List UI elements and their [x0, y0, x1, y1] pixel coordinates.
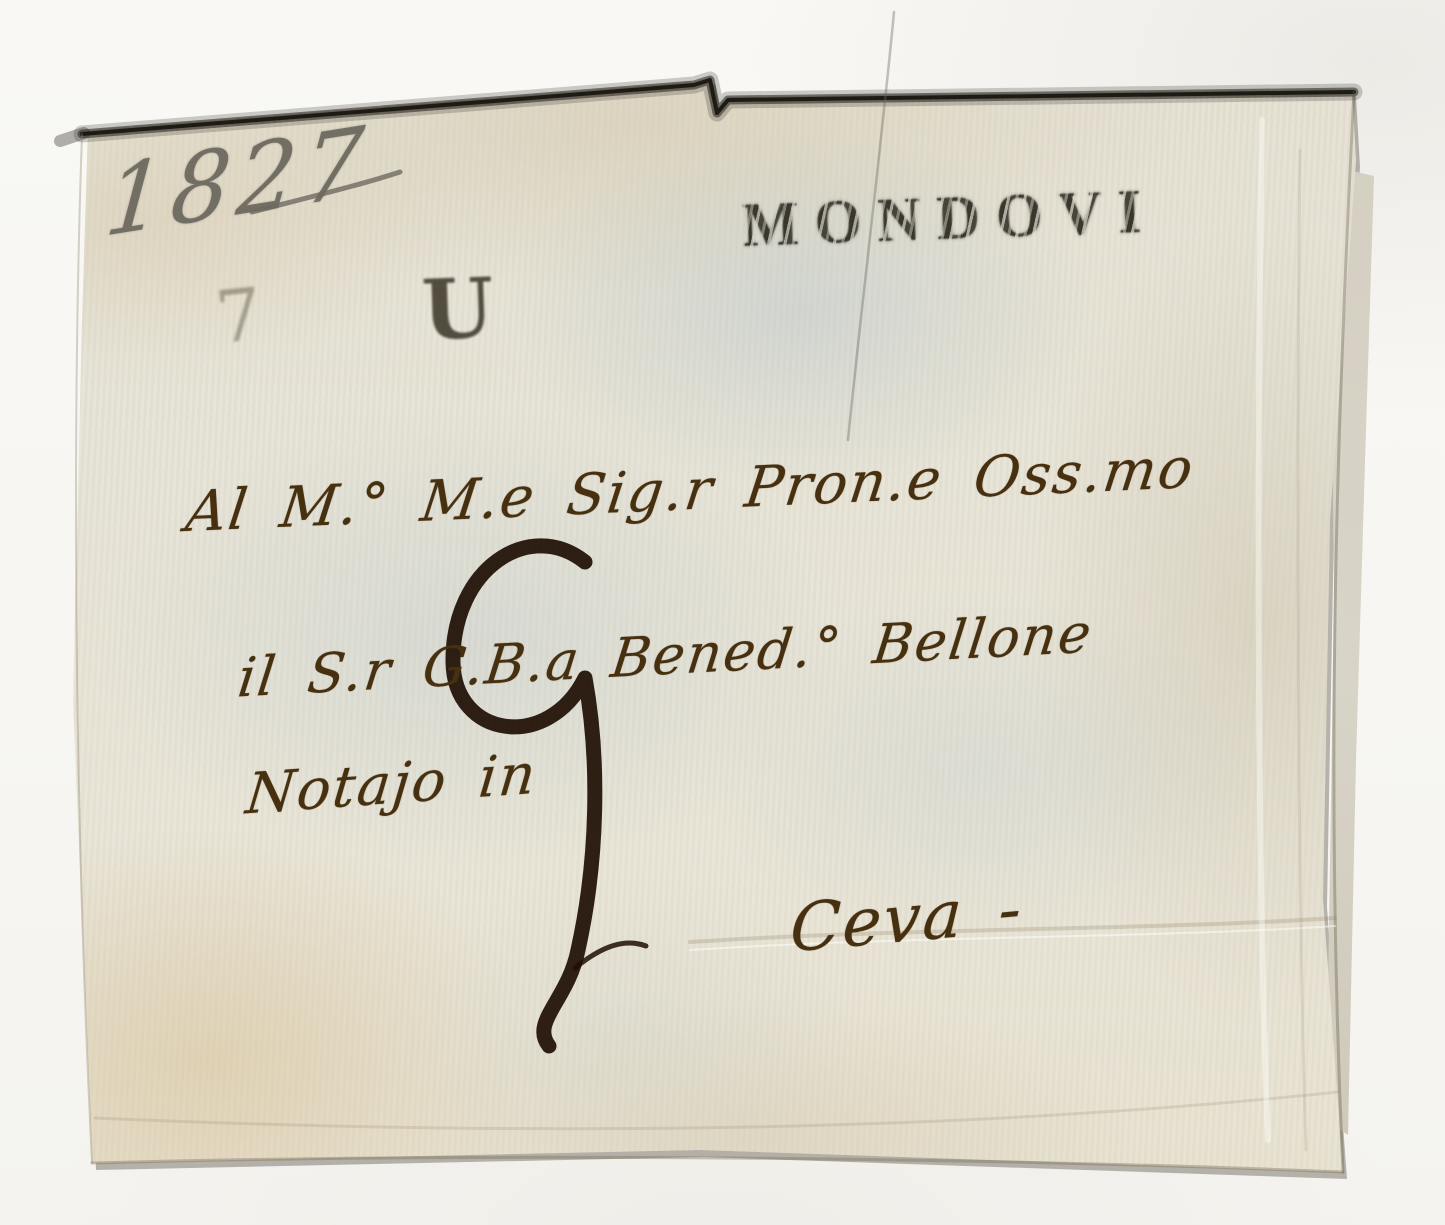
postmark-mondovi: MONDOVI	[741, 175, 1159, 261]
scanned-letter-photo: 1827 7 U MONDOVI Al M.° M.e Sig.r Pron.e…	[0, 0, 1445, 1225]
date-stamp-letter: U	[420, 261, 495, 359]
date-stamp-digit: 7	[212, 272, 266, 360]
